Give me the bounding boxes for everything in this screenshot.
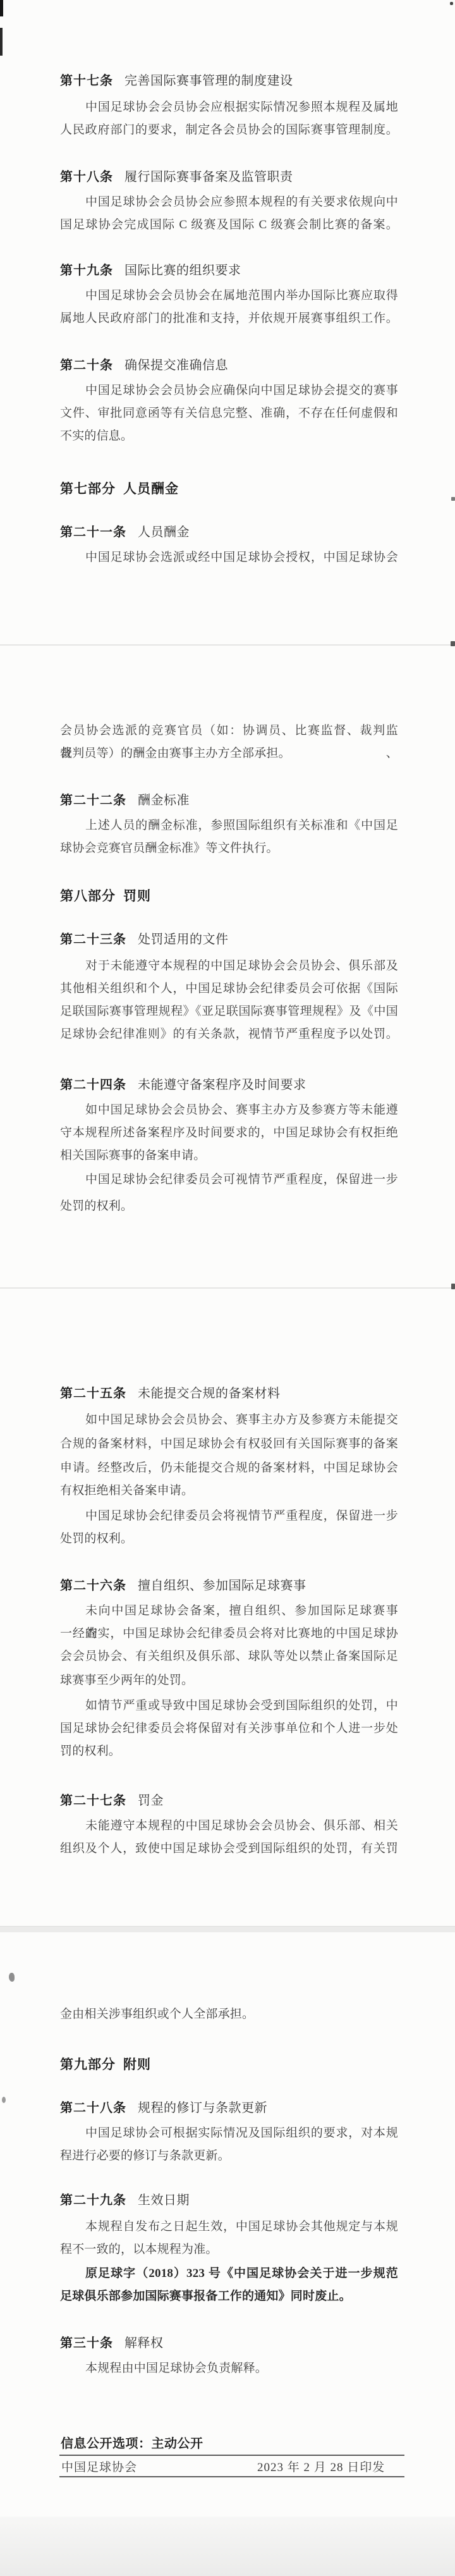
article-21-title: 人员酬金: [138, 525, 190, 539]
part-7-title: 人员酬金: [123, 482, 179, 496]
article-24-line-1: 如中国足球协会会员协会、赛事主办方及参赛方等未能遵: [60, 1099, 398, 1122]
article-21-heading: 第二十一条人员酬金: [60, 521, 398, 544]
article-22-number: 第二十二条: [60, 794, 126, 807]
article-21-number: 第二十一条: [60, 525, 126, 539]
scan-artifact-right-tick-3: [451, 1284, 455, 1289]
article-28-title: 规程的修订与条款更新: [138, 2101, 267, 2115]
article-27-heading: 第二十七条罚金: [60, 1789, 398, 1812]
scan-bottom-margin: [0, 2517, 455, 2576]
article-25-line-5: 中国足球协会纪律委员会将视情节严重程度，保留进一步: [60, 1505, 398, 1528]
article-26-line-7: 罚的权利。: [60, 1740, 398, 1763]
article-21-line-1: 中国足球协会选派或经中国足球协会授权，中国足球协会: [60, 546, 398, 569]
part-9-label: 第九部分: [60, 2058, 116, 2072]
article-29-line-1: 本规程自发布之日起生效，中国足球协会其他规定与本规: [60, 2216, 398, 2238]
article-20-number: 第二十条: [60, 359, 113, 372]
article-24-line-5: 处罚的权利。: [60, 1195, 398, 1218]
article-19-title: 国际比赛的组织要求: [124, 264, 241, 278]
article-20-title: 确保提交准确信息: [124, 359, 228, 372]
article-30-heading: 第三十条解释权: [60, 2332, 398, 2355]
article-23-line-1: 对于未能遵守本规程的中国足球协会会员协会、俱乐部及: [60, 955, 398, 978]
article-26-line-3: 会会员协会、有关组织及俱乐部、球队等处以禁止备案国际足: [60, 1645, 398, 1668]
article-29-line-2: 程不一致的，以本规程为准。: [60, 2238, 398, 2261]
article-18-number: 第十八条: [60, 170, 113, 184]
article-17-title: 完善国际赛事管理的制度建设: [124, 74, 293, 88]
article-21-line-3: 裁判员等）的酬金由赛事主办方全部承担。: [60, 742, 398, 765]
article-23-line-3: 足联国际赛事管理规程》《亚足联国际赛事管理规程》及《中国: [60, 1000, 398, 1023]
article-24-line-2: 守本规程所述备案程序及时间要求的，中国足球协会有权拒绝: [60, 1122, 398, 1144]
article-23-line-2: 其他相关组织和个人，中国足球协会纪律委员会可依据《国际: [60, 978, 398, 1000]
article-27-line-2: 组织及个人，致使中国足球协会受到国际组织的处罚，有关罚: [60, 1837, 398, 1860]
footer-rule-bottom: [59, 2476, 404, 2477]
part-8-heading: 第八部分罚则: [60, 885, 398, 908]
article-28-line-2: 程进行必要的修订与条款更新。: [60, 2145, 398, 2168]
article-27-line-1: 未能遵守本规程的中国足球协会会员协会、俱乐部、相关: [60, 1815, 398, 1837]
part-8-title: 罚则: [123, 889, 151, 904]
part-7-heading: 第七部分人员酬金: [60, 478, 398, 501]
article-24-heading: 第二十四条未能遵守备案程序及时间要求: [60, 1074, 398, 1096]
issue-date: 2023 年 2 月 28 日印发: [257, 2458, 385, 2477]
article-25-line-1: 如中国足球协会会员协会、赛事主办方及参赛方未能提交: [60, 1409, 398, 1432]
article-29-title: 生效日期: [138, 2193, 190, 2207]
article-29-heading: 第二十九条生效日期: [60, 2189, 398, 2212]
article-21-line-2: 会员协会选派的竞赛官员（如：协调员、比赛监督、裁判监督、: [60, 720, 398, 742]
article-18-line-1: 中国足球协会会员协会应参照本规程的有关要求依规向中: [60, 191, 398, 214]
article-17-heading: 第十七条完善国际赛事管理的制度建设: [60, 70, 398, 92]
article-30-number: 第三十条: [60, 2336, 113, 2350]
article-29-line-3-abolished-notice: 原足球字（2018）323 号《中国足球协会关于进一步规范: [60, 2262, 398, 2285]
article-25-title: 未能提交合规的备案材料: [138, 1387, 281, 1401]
article-22-heading: 第二十二条酬金标准: [60, 789, 398, 812]
article-29-line-4-abolished-notice: 足球俱乐部参加国际赛事报备工作的通知》同时废止。: [60, 2285, 398, 2308]
article-19-line-2: 属地人民政府部门的批准和支持，并依规开展赛事组织工作。: [60, 307, 398, 330]
disclosure-option-label: 信息公开选项：主动公开: [61, 2434, 203, 2453]
part-7-label: 第七部分: [60, 482, 116, 496]
scan-artifact-left-strip-2: [0, 28, 3, 56]
article-23-line-4: 足球协会纪律准则》的有关条款，视情节严重程度予以处罚。: [60, 1023, 398, 1046]
article-20-line-1: 中国足球协会会员协会应确保向中国足球协会提交的赛事: [60, 379, 398, 402]
article-26-line-2: 一经查实，中国足球协会纪律委员会将对比赛地的中国足球协: [60, 1622, 398, 1645]
article-26-heading: 第二十六条擅自组织、参加国际足球赛事: [60, 1574, 398, 1597]
scan-artifact-left-mark-1: [9, 1973, 15, 1982]
article-26-line-6: 国足球协会纪律委员会将保留对有关涉事单位和个人进一步处: [60, 1717, 398, 1740]
scan-artifact-left-mark-2: [2, 2097, 6, 2103]
article-24-title: 未能遵守备案程序及时间要求: [138, 1078, 306, 1092]
scanned-document: 第十七条完善国际赛事管理的制度建设 中国足球协会会员协会应根据实际情况参照本规程…: [0, 0, 455, 2576]
article-28-line-1: 中国足球协会可根据实际情况及国际组织的要求，对本规: [60, 2122, 398, 2145]
article-18-heading: 第十八条履行国际赛事备案及监管职责: [60, 166, 398, 188]
scan-artifact-left-strip-1: [0, 0, 3, 16]
article-20-line-3: 不实的信息。: [60, 425, 398, 448]
article-27-number: 第二十七条: [60, 1794, 126, 1808]
article-22-title: 酬金标准: [138, 794, 190, 807]
part-8-label: 第八部分: [60, 889, 116, 904]
article-23-number: 第二十三条: [60, 933, 126, 947]
article-27-title: 罚金: [138, 1794, 164, 1808]
article-24-line-3: 相关国际赛事的备案申请。: [60, 1144, 398, 1167]
part-9-title: 附则: [123, 2058, 151, 2072]
article-25-line-6: 处罚的权利。: [60, 1528, 398, 1550]
article-26-line-4: 球赛事至少两年的处罚。: [60, 1669, 398, 1692]
article-26-line-5: 如情节严重或导致中国足球协会受到国际组织的处罚，中: [60, 1695, 398, 1717]
article-30-line-1: 本规程由中国足球协会负责解释。: [60, 2357, 398, 2380]
article-24-line-4: 中国足球协会纪律委员会可视情节严重程度，保留进一步: [60, 1168, 398, 1191]
article-22-line-2: 球协会竞赛官员酬金标准》等文件执行。: [60, 837, 398, 860]
article-20-heading: 第二十条确保提交准确信息: [60, 354, 398, 377]
scan-artifact-top-right-speck: [450, 2, 453, 5]
article-26-title: 擅自组织、参加国际足球赛事: [138, 1579, 306, 1593]
article-18-line-2: 国足球协会完成国际 C 级赛及国际 C 级赛会制比赛的备案。: [60, 214, 398, 236]
article-25-line-2: 合规的备案材料，中国足球协会有权驳回有关国际赛事的备案: [60, 1433, 398, 1456]
article-19-line-1: 中国足球协会会员协会在属地范围内举办国际比赛应取得: [60, 285, 398, 307]
article-23-title: 处罚适用的文件: [138, 933, 229, 947]
scan-artifact-right-tick-1: [451, 497, 455, 501]
article-17-number: 第十七条: [60, 74, 113, 88]
article-30-title: 解释权: [124, 2336, 164, 2350]
page-boundary-3: [0, 1926, 455, 1932]
article-27-line-3: 金由相关涉事组织或个人全部承担。: [60, 2003, 398, 2026]
article-17-line-1: 中国足球协会会员协会应根据实际情况参照本规程及属地: [60, 96, 398, 119]
article-17-line-2: 人民政府部门的要求，制定各会员协会的国际赛事管理制度。: [60, 119, 398, 142]
article-19-number: 第十九条: [60, 264, 113, 278]
page-boundary-2: [0, 1287, 455, 1289]
article-19-heading: 第十九条国际比赛的组织要求: [60, 259, 398, 282]
footer-rule-top: [59, 2455, 404, 2456]
article-26-number: 第二十六条: [60, 1579, 126, 1593]
page-boundary-1: [0, 644, 455, 646]
article-25-line-3: 申请。经整改后，仍未能提交合规的备案材料，中国足球协会: [60, 1457, 398, 1480]
article-23-heading: 第二十三条处罚适用的文件: [60, 928, 398, 951]
article-25-heading: 第二十五条未能提交合规的备案材料: [60, 1382, 398, 1405]
article-22-line-1: 上述人员的酬金标准，参照国际组织有关标准和《中国足: [60, 814, 398, 837]
issuer-name: 中国足球协会: [61, 2458, 137, 2477]
article-28-heading: 第二十八条规程的修订与条款更新: [60, 2097, 398, 2119]
part-9-heading: 第九部分附则: [60, 2054, 398, 2076]
article-25-line-4: 有权拒绝相关备案申请。: [60, 1480, 398, 1502]
article-25-number: 第二十五条: [60, 1387, 126, 1401]
scan-artifact-right-tick-2: [451, 641, 455, 646]
article-29-number: 第二十九条: [60, 2193, 126, 2207]
article-24-number: 第二十四条: [60, 1078, 126, 1092]
article-20-line-2: 文件、审批同意函等有关信息完整、准确，不存在任何虚假和: [60, 402, 398, 425]
article-18-title: 履行国际赛事备案及监管职责: [124, 170, 293, 184]
article-28-number: 第二十八条: [60, 2101, 126, 2115]
article-26-line-1: 未向中国足球协会备案，擅自组织、参加国际足球赛事的，: [60, 1600, 398, 1622]
